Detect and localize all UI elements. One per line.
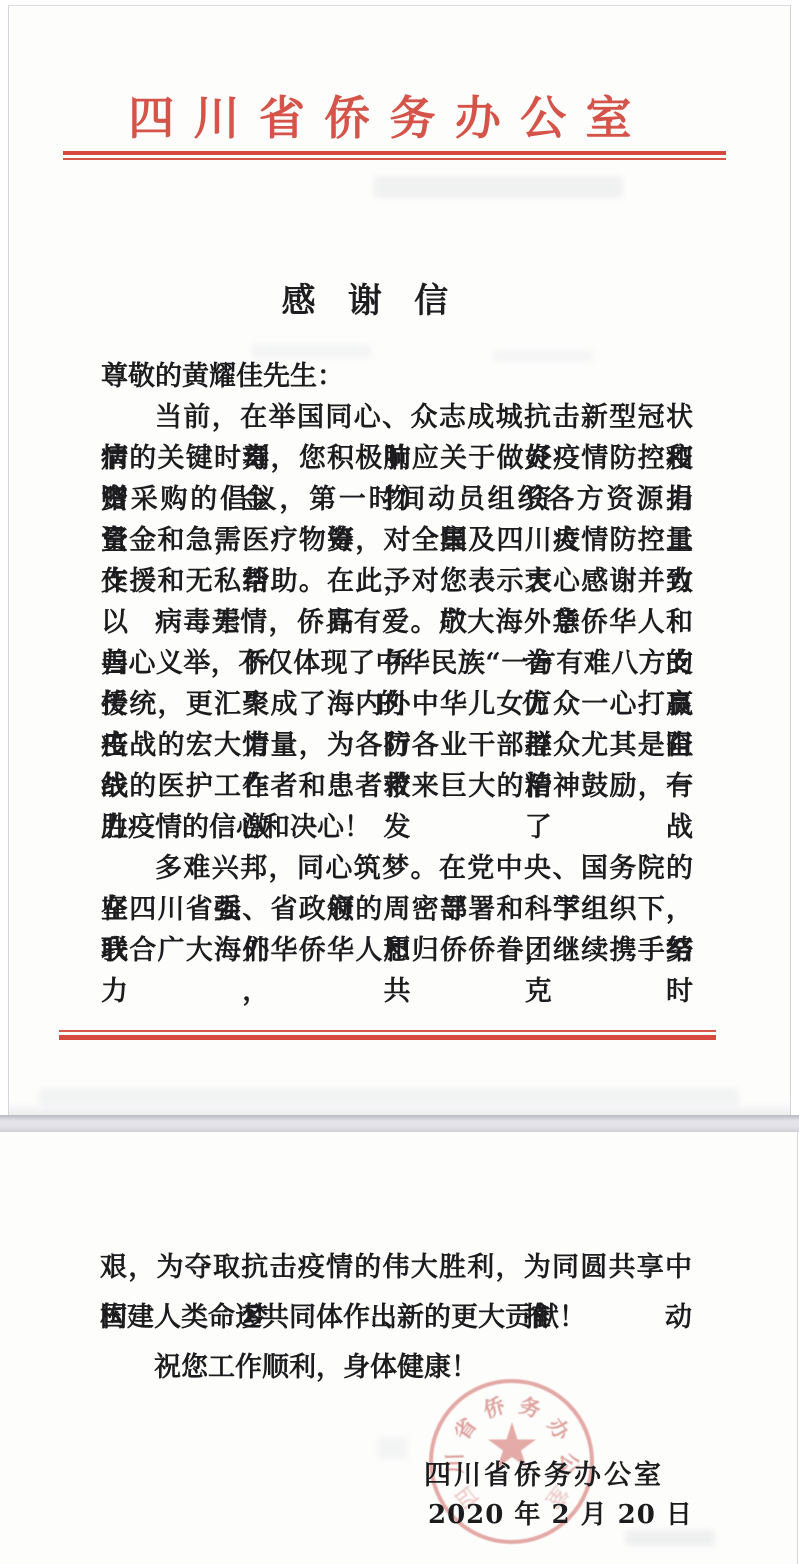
letterhead-rule <box>63 151 726 160</box>
body-line: 在四川省委、省政府的周密部署和科学组织下，我们愿团结 <box>101 889 693 930</box>
footer-rule-thin <box>59 1030 716 1032</box>
letterhead-rule-thick <box>63 151 726 155</box>
body-line: 当前，在举国同心、众志成城抗击新型冠状病毒肺炎疫 <box>101 397 693 438</box>
salutation-line: 尊敬的黄耀佳先生： <box>101 356 693 397</box>
body-line: 资金和急需医疗物资，对全国及四川疫情防控工作给予大力 <box>101 520 693 561</box>
letter-page-1: 四川省侨务办公室 感谢信 尊敬的黄耀佳先生： 当前，在举国同心、众志成城抗击新型… <box>8 5 791 1116</box>
footer-rule-thick <box>59 1035 716 1040</box>
body-line: 情的关键时刻，您积极响应关于做好疫情防控和资金物资捐 <box>101 438 693 479</box>
body-line: 病毒无情，侨界有爱。广大海外华侨华人和归侨侨眷的 <box>101 602 693 643</box>
body-line: 联合广大海外华侨华人和归侨侨眷，继续携手努力，共克时 <box>101 930 693 971</box>
body-line: 支援和无私帮助。在此，对您表示衷心感谢并致以崇高敬意！ <box>101 561 693 602</box>
body-line: 线的医护工作者和患者带来巨大的精神鼓励，有力激发了战 <box>101 766 693 807</box>
ink-bleed-smudge <box>378 1437 408 1459</box>
page-footer-rule <box>59 1030 716 1040</box>
body-line: 赠采购的倡议，第一时间动员组织各方资源力量，筹集大量 <box>101 479 693 520</box>
signature: 四川省侨务办公室 <box>424 1453 664 1492</box>
body-line: 艰，为夺取抗击疫情的伟大胜利，为同圆共享中国梦、推动 <box>100 1243 692 1293</box>
letter-body-page-1: 尊敬的黄耀佳先生： 当前，在举国同心、众志成城抗击新型冠状病毒肺炎疫 情的关键时… <box>101 356 693 971</box>
letter-title: 感谢信 <box>85 273 677 322</box>
date: 2020 年 2 月 20 日 <box>428 1494 693 1531</box>
ink-bleed-smudge <box>39 1088 739 1106</box>
ink-bleed-smudge <box>373 176 623 198</box>
letter-body-page-2: 艰，为夺取抗击疫情的伟大胜利，为同圆共享中国梦、推动 构建人类命运共同体作出新的… <box>100 1243 692 1393</box>
body-line: 传统，更汇聚成了海内外中华儿女万众一心打赢疫情防控阻 <box>101 684 693 725</box>
body-line: 击战的宏大力量，为各行各业干部群众尤其是奋战在救治一 <box>101 725 693 766</box>
letterhead-title: 四川省侨务办公室 <box>0 82 780 148</box>
ink-bleed-smudge <box>625 1530 715 1546</box>
body-line: 多难兴邦，同心筑梦。在党中央、国务院的坚强领导下， <box>101 848 693 889</box>
closing-line: 祝您工作顺利，身体健康！ <box>100 1343 692 1393</box>
letterhead-rule-thin <box>63 158 726 160</box>
letter-page-2: 艰，为夺取抗击疫情的伟大胜利，为同圆共享中国梦、推动 构建人类命运共同体作出新的… <box>0 1132 798 1564</box>
body-line: 善心义举，不仅体现了中华民族“一方有难八方支援”的优良 <box>101 643 693 684</box>
page-gap <box>0 1115 799 1132</box>
